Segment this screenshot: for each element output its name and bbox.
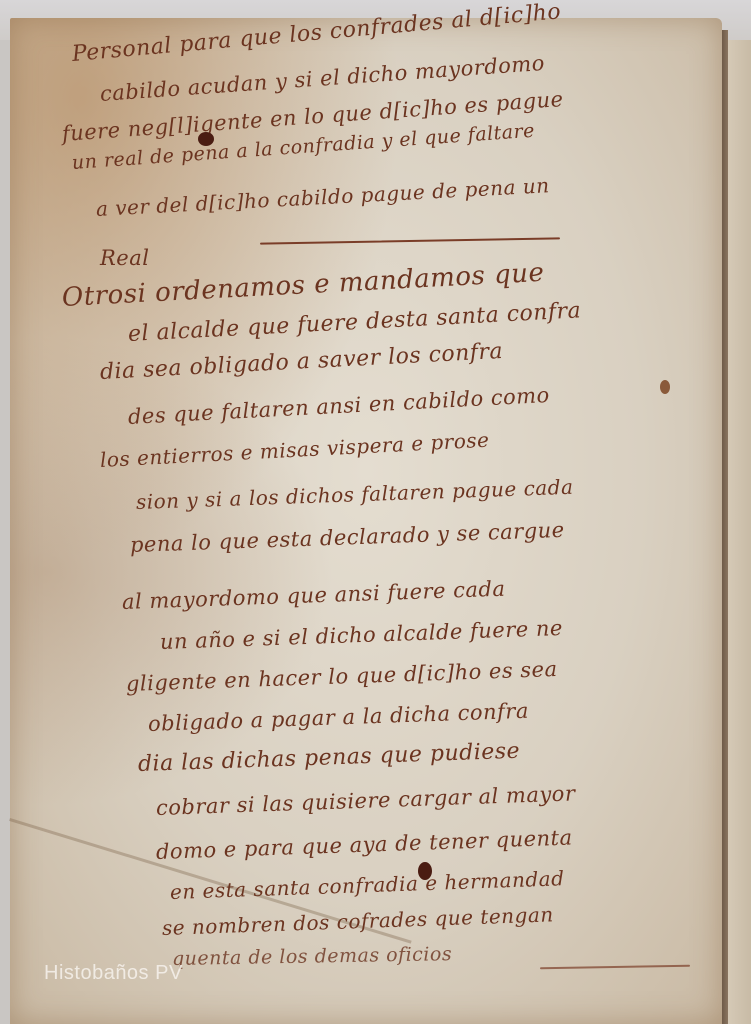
ink-stain: [660, 380, 670, 394]
manuscript-line: domo e para que aya de tener quenta: [156, 825, 573, 864]
manuscript-line: se nombren dos cofrades que tengan: [162, 902, 554, 940]
manuscript-line: pena lo que esta declarado y se cargue: [130, 518, 565, 557]
manuscript-line: a ver del d[ic]ho cabildo pague de pena …: [95, 173, 550, 221]
ink-blot: [418, 862, 432, 880]
watermark-text: Histobaños PV: [44, 962, 183, 985]
manuscript-line: dia las dichas penas que pudiese: [138, 739, 521, 777]
manuscript-text: Personal para que los confrades al d[ic]…: [0, 0, 751, 1024]
line-filler-stroke: [540, 965, 690, 970]
manuscript-line: cobrar si las quisiere cargar al mayor: [156, 781, 576, 820]
ink-blot: [198, 132, 214, 146]
manuscript-line: sion y si a los dichos faltaren pague ca…: [136, 475, 574, 514]
manuscript-line: al mayordomo que ansi fuere cada: [122, 577, 506, 614]
manuscript-line: Real: [100, 246, 149, 270]
manuscript-line: dia sea obligado a saver los confra: [99, 339, 503, 385]
manuscript-line: un año e si el dicho alcalde fuere ne: [160, 616, 564, 654]
manuscript-line: obligado a pagar a la dicha confra: [148, 699, 530, 736]
line-filler-stroke: [260, 237, 560, 244]
manuscript-line: quenta de los demas oficios: [172, 943, 452, 970]
manuscript-line: des que faltaren ansi en cabildo como: [127, 383, 550, 429]
manuscript-line: los entierros e misas vispera e prose: [99, 428, 490, 472]
manuscript-line: gligente en hacer lo que d[ic]ho es sea: [126, 657, 558, 696]
manuscript-line: en esta santa confradia e hermandad: [170, 866, 565, 904]
